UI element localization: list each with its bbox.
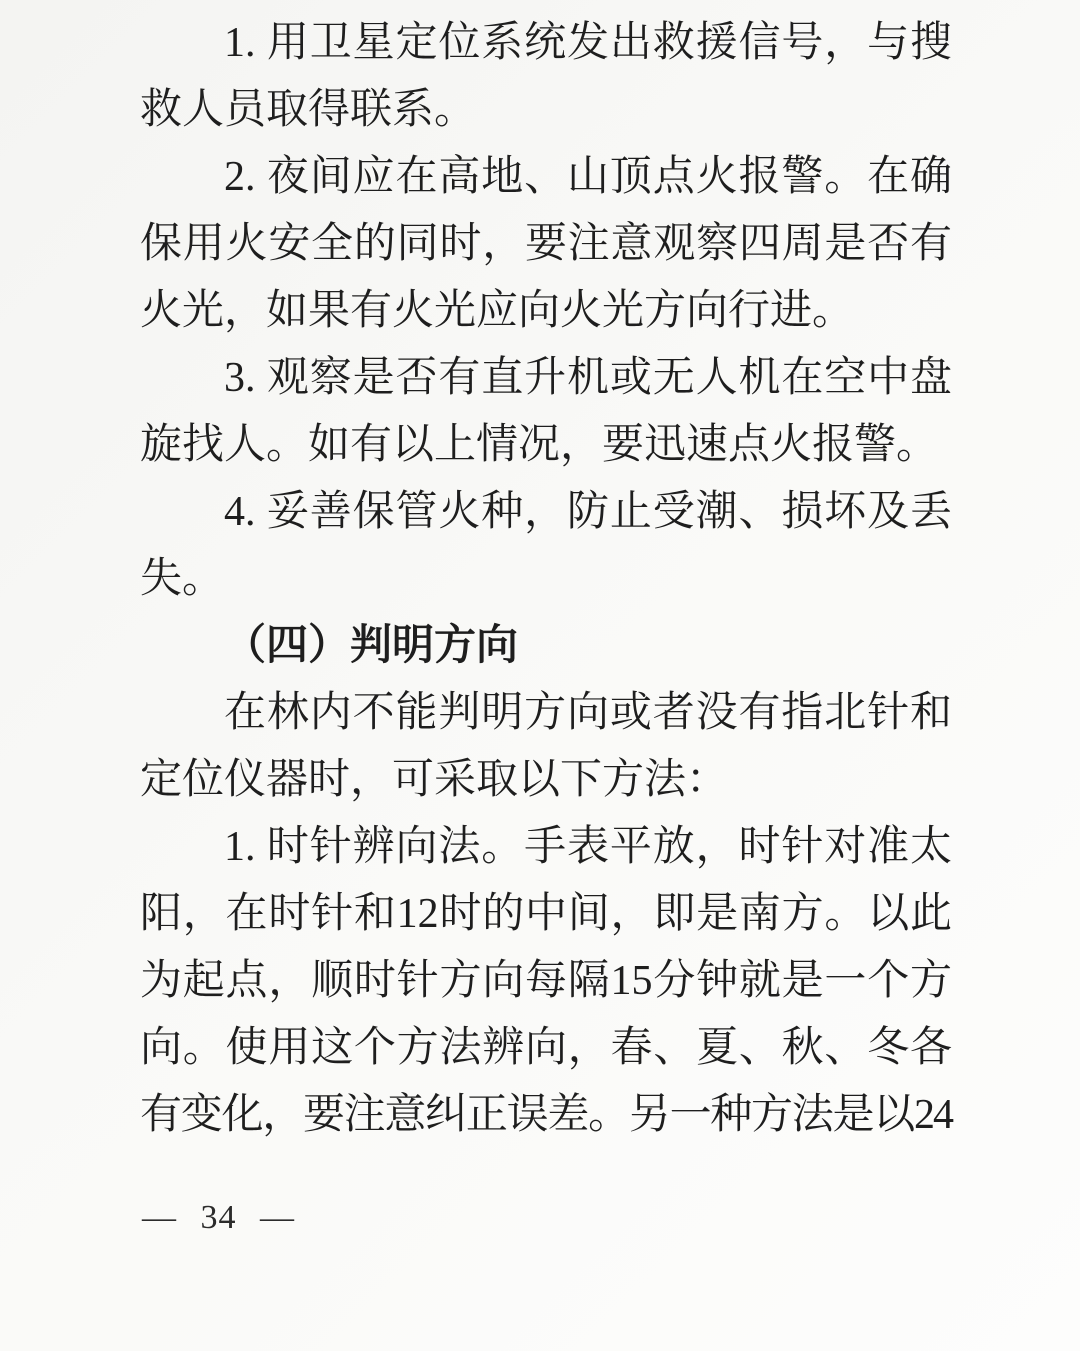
paragraph: 1. 用卫星定位系统发出救援信号，与搜救人员取得联系。 bbox=[140, 10, 952, 144]
text-line: 失。 bbox=[140, 546, 952, 613]
paragraph: 3. 观察是否有直升机或无人机在空中盘旋找人。如有以上情况，要迅速点火报警。 bbox=[140, 345, 952, 479]
section-heading: （四）判明方向 bbox=[140, 613, 952, 680]
paragraph: 2. 夜间应在高地、山顶点火报警。在确保用火安全的同时，要注意观察四周是否有火光… bbox=[140, 144, 952, 345]
text-line: 向。使用这个方法辨向，春、夏、秋、冬各 bbox=[140, 1015, 952, 1082]
paragraph: 在林内不能判明方向或者没有指北针和定位仪器时，可采取以下方法： bbox=[140, 680, 952, 814]
text-line: 在林内不能判明方向或者没有指北针和 bbox=[140, 680, 952, 747]
text-line: 有变化，要注意纠正误差。另一种方法是以24 bbox=[140, 1082, 952, 1149]
text-line: 为起点，顺时针方向每隔15分钟就是一个方 bbox=[140, 948, 952, 1015]
text-line: 阳，在时针和12时的中间，即是南方。以此 bbox=[140, 881, 952, 948]
text-line: 1. 时针辨向法。手表平放，时针对准太 bbox=[140, 814, 952, 881]
heading-line: （四）判明方向 bbox=[140, 613, 952, 680]
text-line: 3. 观察是否有直升机或无人机在空中盘 bbox=[140, 345, 952, 412]
page-text: 1. 用卫星定位系统发出救援信号，与搜救人员取得联系。2. 夜间应在高地、山顶点… bbox=[140, 10, 952, 1149]
text-line: 1. 用卫星定位系统发出救援信号，与搜 bbox=[140, 10, 952, 77]
text-line: 2. 夜间应在高地、山顶点火报警。在确 bbox=[140, 144, 952, 211]
text-line: 4. 妥善保管火种，防止受潮、损坏及丢 bbox=[140, 479, 952, 546]
text-line: 火光，如果有火光应向火光方向行进。 bbox=[140, 278, 952, 345]
text-line: 救人员取得联系。 bbox=[140, 77, 952, 144]
document-page: 1. 用卫星定位系统发出救援信号，与搜救人员取得联系。2. 夜间应在高地、山顶点… bbox=[0, 0, 1080, 1351]
text-line: 定位仪器时，可采取以下方法： bbox=[140, 747, 952, 814]
paragraph: 4. 妥善保管火种，防止受潮、损坏及丢失。 bbox=[140, 479, 952, 613]
page-number: — 34 — bbox=[142, 1198, 295, 1238]
text-line: 保用火安全的同时，要注意观察四周是否有 bbox=[140, 211, 952, 278]
text-line: 旋找人。如有以上情况，要迅速点火报警。 bbox=[140, 412, 952, 479]
paragraph: 1. 时针辨向法。手表平放，时针对准太阳，在时针和12时的中间，即是南方。以此为… bbox=[140, 814, 952, 1149]
